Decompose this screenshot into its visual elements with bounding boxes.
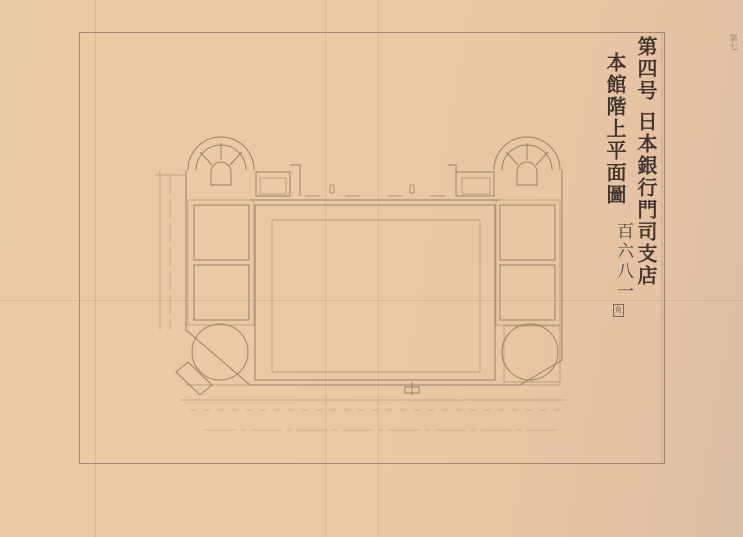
building-outline (186, 170, 562, 385)
left-rotunda (192, 324, 248, 380)
drawing-title-line1: 第四号 日本銀行門司支店 (636, 36, 656, 287)
right-rotunda (502, 324, 558, 380)
sheet-number: 百六八一 (611, 222, 636, 302)
blueprint-sheet: 第四号 日本銀行門司支店 本館階上平面圖 百六八一 角 第七 (0, 0, 743, 537)
corner-stamp: 第七 (728, 34, 739, 50)
right-stair-tower (494, 137, 560, 185)
left-stair-tower (188, 137, 254, 185)
drawing-title-line2: 本館階上平面圖 (605, 52, 625, 206)
seal-mark: 角 (613, 304, 624, 317)
